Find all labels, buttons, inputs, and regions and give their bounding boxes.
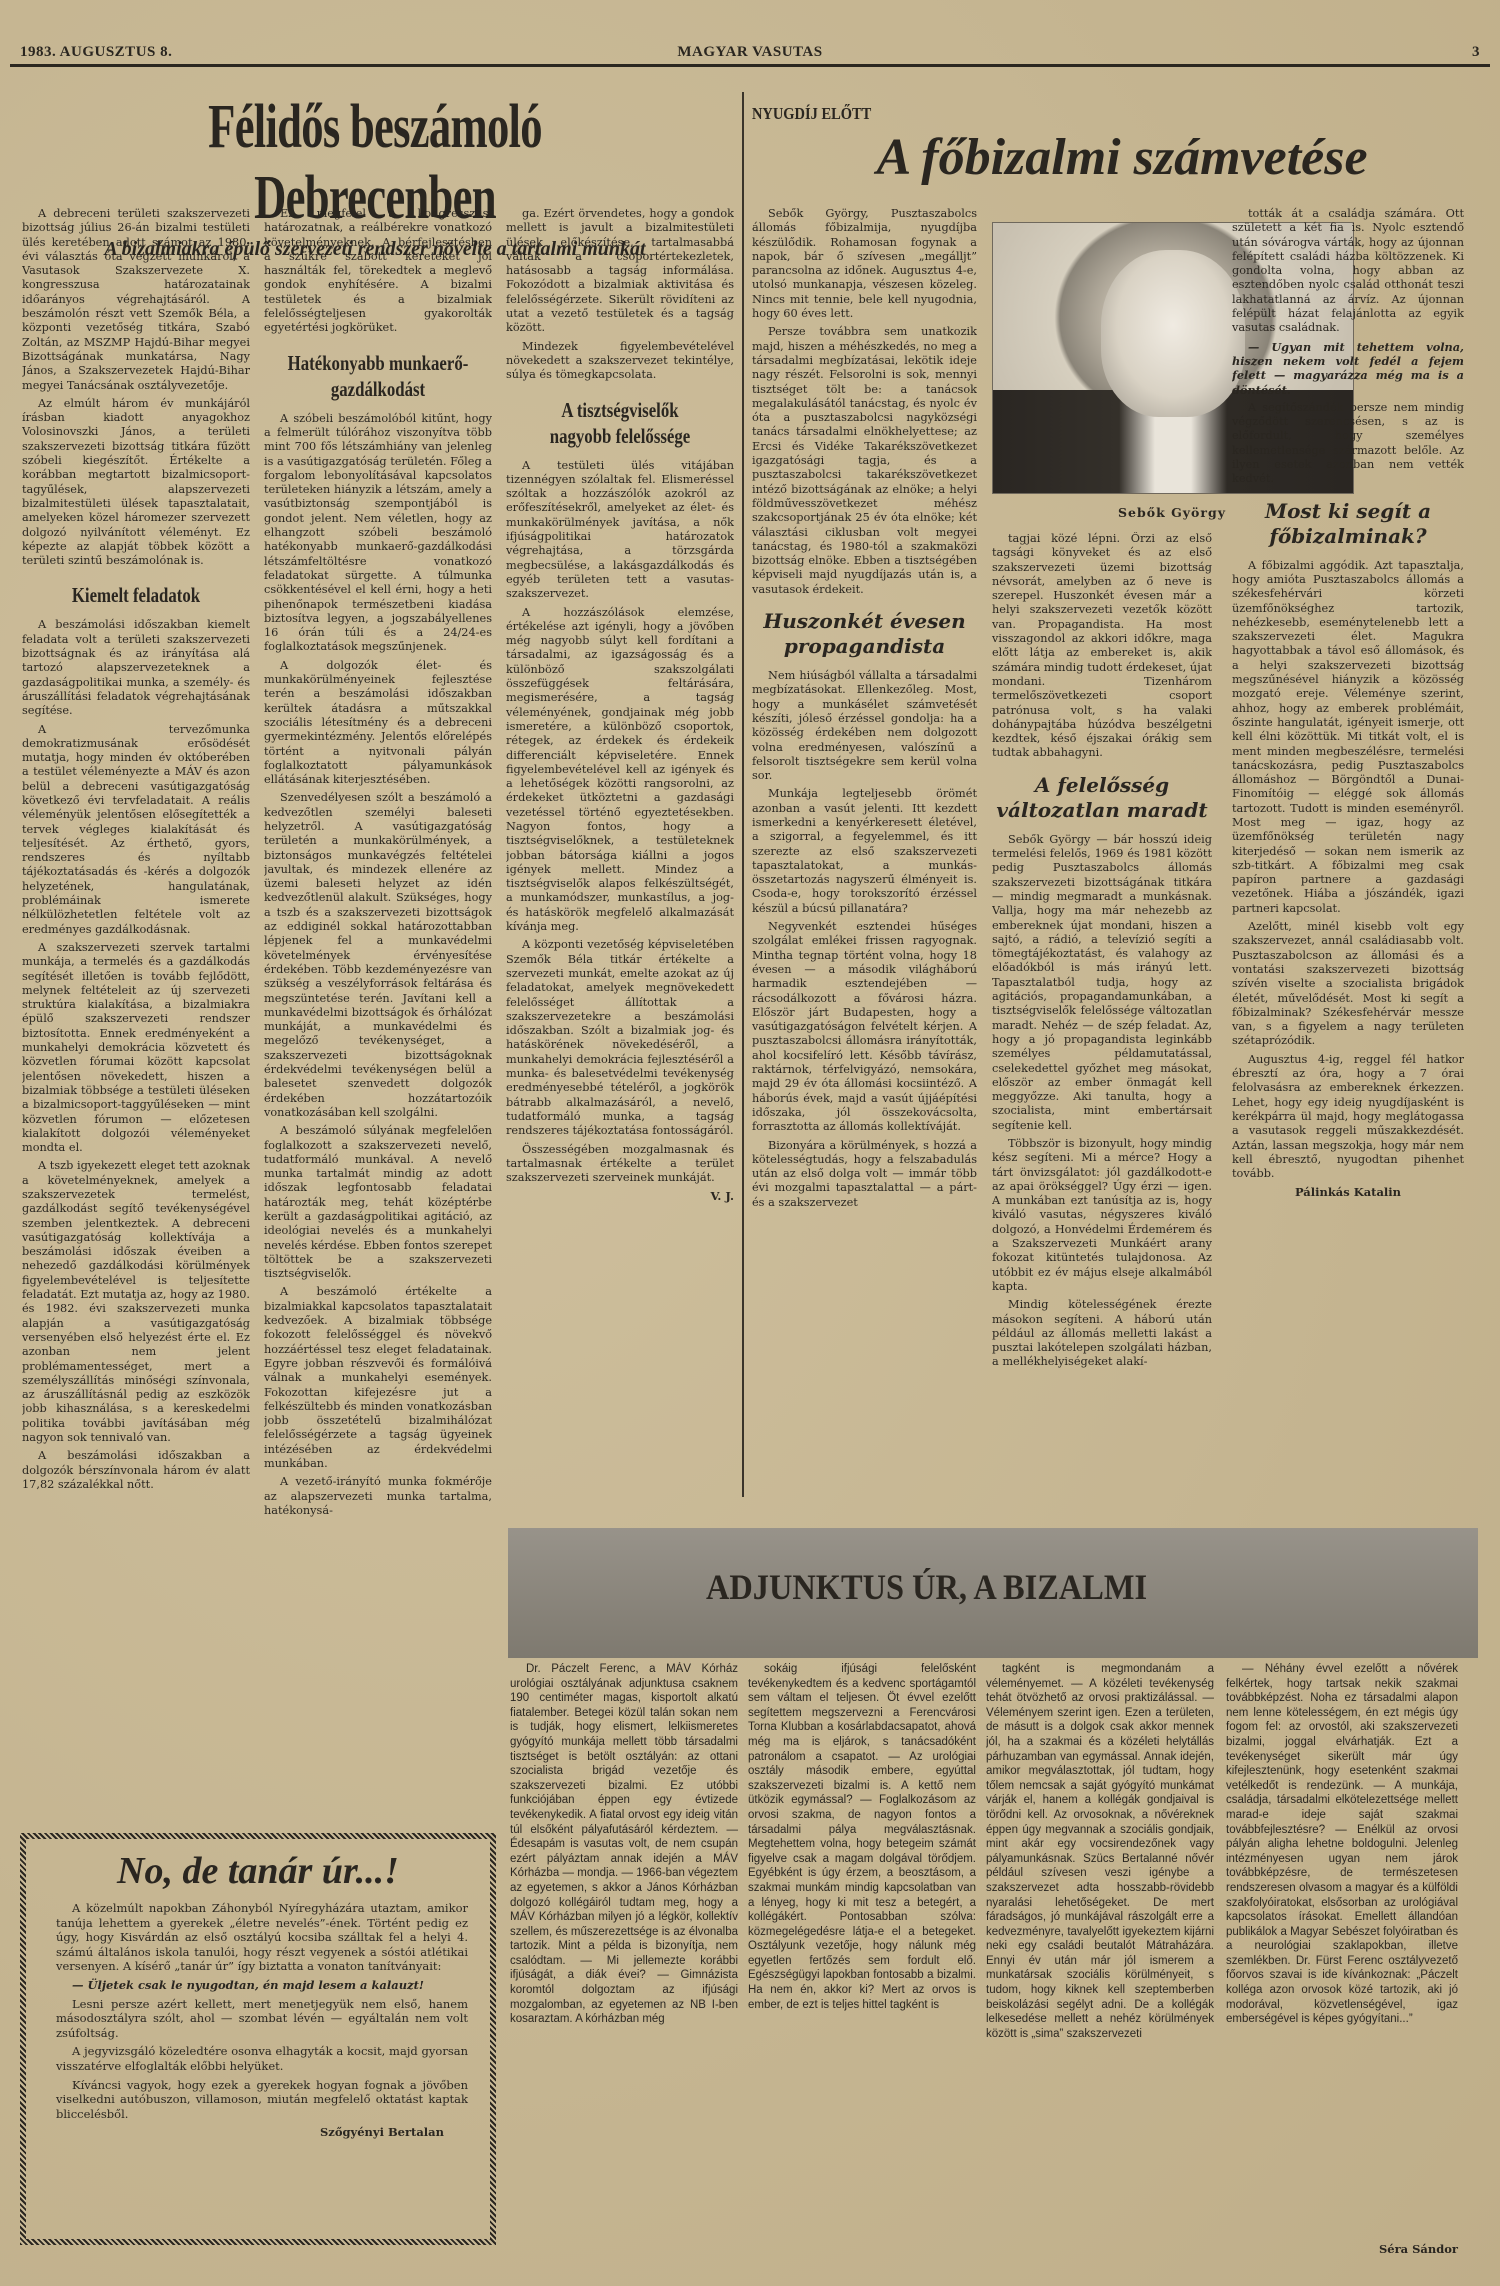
signature-palinkas: Pálinkás Katalin (1232, 1185, 1464, 1199)
paragraph: tagként is megmondanám a véleményemet. —… (986, 1662, 1214, 2041)
fobizalmi-title: A főbizalmi számvetése (752, 128, 1492, 187)
subhead-felelosseg: A felelősség változatlan maradt (992, 773, 1212, 823)
paragraph: A főbizalmi aggódik. Azt tapasztalja, ho… (1232, 559, 1464, 916)
fobizalmi-column-1: Sebők György, Pusztaszabolcs állomás főb… (752, 207, 977, 1497)
fobizalmi-column-2: tagjai közé lépni. Őrzi az első tagsági … (992, 532, 1212, 1497)
paragraph: A beszámoló súlyának megfelelően foglalk… (264, 1124, 492, 1281)
paragraph: A beszámolási időszakban a dolgozók bérs… (22, 1449, 250, 1492)
paragraph: Negyvenkét esztendei hűséges szolgálat e… (752, 920, 977, 1134)
tanar-ur-box: No, de tanár úr...! A közelmúlt napokban… (20, 1833, 496, 2245)
paragraph: Dr. Páczelt Ferenc, a MÁV Kórház urológi… (510, 1662, 738, 2027)
paper-name: MAGYAR VASUTAS (0, 44, 1500, 61)
fobizalmi-kicker: NYUGDÍJ ELŐTT (752, 104, 871, 124)
paragraph: A jegyvizsgáló közeledtére osonva elhagy… (56, 2044, 468, 2073)
signature-szogyenyi: Szőgyényi Bertalan (56, 2125, 444, 2140)
paragraph: A vezető-irányító munka fokmérője az ala… (264, 1475, 492, 1518)
page-number: 3 (1472, 44, 1480, 61)
paragraph: A központi vezetőség képviseletében Szem… (506, 938, 734, 1138)
paragraph: Kíváncsi vagyok, hogy ezek a gyerekek ho… (56, 2078, 468, 2122)
fobizalmi-column-3: tották át a családja számára. Ott szület… (1232, 207, 1464, 1497)
column-divider (742, 92, 744, 1497)
paragraph: A beszámolási időszakban kiemelt feladat… (22, 618, 250, 718)
paragraph: — Néhány évvel ezelőtt a nővérek felkért… (1226, 1662, 1458, 2027)
paragraph: Sebők György — bár hosszú ideig termelés… (992, 833, 1212, 1133)
paragraph: Ez megfelel a kongresszusi határozatnak,… (264, 207, 492, 336)
paragraph: Mindig kötelességének érezte másokon seg… (992, 1298, 1212, 1369)
paragraph: Azelőtt, minél kisebb volt egy szakszerv… (1232, 920, 1464, 1049)
subhead-huszonket: Huszonkét évesen propagandista (752, 609, 977, 659)
paragraph: A beszámoló értékelte a bizalmiakkal kap… (264, 1285, 492, 1471)
tanar-ur-title: No, de tanár úr...! (26, 1849, 490, 1893)
signature-sera: Séra Sándor (1226, 2242, 1458, 2256)
paragraph: sokáig ifjúsági felelősként tevékenykedt… (748, 1662, 976, 2012)
paragraph: ga. Ezért örvendetes, hogy a gondok mell… (506, 207, 734, 336)
paragraph: Augusztus 4-ig, reggel fél hatkor ébresz… (1232, 1053, 1464, 1182)
paragraph: A segítőszándék persze nem mindig végződ… (1232, 401, 1464, 487)
paragraph: Lesni persze azért kellett, mert menetje… (56, 1997, 468, 2041)
paragraph: Nem hiúságból vállalta a társadalmi megb… (752, 669, 977, 783)
debrecen-column-2: Ez megfelel a kongresszusi határozatnak,… (264, 207, 492, 1797)
debrecen-column-1: A debreceni területi szakszervezeti bizo… (22, 207, 250, 1797)
paragraph: A testületi ülés vitájában tizennégyen s… (506, 459, 734, 602)
paragraph: Sebők György, Pusztaszabolcs állomás főb… (752, 207, 977, 321)
paragraph: Munkája legteljesebb örömét azonban a va… (752, 787, 977, 916)
adjunktus-column-4: — Néhány évvel ezelőtt a nővérek felkért… (1226, 1662, 1458, 2252)
subhead-most-ki-segit: Most ki segít a főbizalminak? (1232, 499, 1464, 549)
adjunktus-column-3: tagként is megmondanám a véleményemet. —… (986, 1662, 1214, 2272)
quote-paragraph: — Üljetek csak le nyugodtan, én majd les… (56, 1978, 468, 1993)
paragraph: A közelmúlt napokban Záhonyból Nyíregyhá… (56, 1901, 468, 1974)
signature-vj: V. J. (506, 1189, 734, 1203)
paragraph: Összességében mozgalmasnak és tartalmasn… (506, 1143, 734, 1186)
paragraph: A tszb igyekezett eleget tett azoknak a … (22, 1159, 250, 1445)
subhead-kiemelt: Kiemelt feladatok (45, 582, 227, 608)
tanar-ur-body: A közelmúlt napokban Záhonyból Nyíregyhá… (26, 1893, 490, 2140)
paragraph: Mindezek figyelembevételével növekedett … (506, 340, 734, 383)
paragraph: A dolgozók élet- és munkakörülményeinek … (264, 659, 492, 788)
paragraph: Szenvedélyesen szólt a beszámoló a kedve… (264, 791, 492, 1120)
paragraph: tagjai közé lépni. Őrzi az első tagsági … (992, 532, 1212, 761)
quote-paragraph: — Ugyan mit tehettem volna, hiszen nekem… (1232, 340, 1464, 397)
paragraph: A hozzászólások elemzése, értékelése azt… (506, 606, 734, 935)
paragraph: Bizonyára a körülmények, s hozzá a kötel… (752, 1139, 977, 1210)
paragraph: A szóbeli beszámolóból kitűnt, hogy a fe… (264, 412, 492, 655)
subhead-hatekonyabb: Hatékonyabb munkaerő-gazdálkodást (287, 350, 469, 402)
adjunktus-column-2: sokáig ifjúsági felelősként tevékenykedt… (748, 1662, 976, 2272)
paragraph: Többször is bizonyult, hogy mindig kész … (992, 1137, 1212, 1294)
subhead-tisztsegviselok: A tisztségviselők nagyobb felelőssége (529, 397, 711, 449)
debrecen-column-3: ga. Ezért örvendetes, hogy a gondok mell… (506, 207, 734, 1497)
adjunktus-column-1: Dr. Páczelt Ferenc, a MÁV Kórház urológi… (510, 1662, 738, 2272)
paragraph: A debreceni területi szakszervezeti bizo… (22, 207, 250, 393)
paragraph: Az elmúlt három év munkájáról írásban ki… (22, 397, 250, 569)
paragraph: A szakszervezeti szervek tartalmi munkáj… (22, 941, 250, 1155)
masthead-rule (10, 64, 1490, 67)
paragraph: Persze továbbra sem unatkozik majd, hisz… (752, 325, 977, 597)
paragraph: tották át a családja számára. Ott szület… (1232, 207, 1464, 336)
adjunktus-title: ADJUNKTUS ÚR, A BIZALMI (706, 1566, 1147, 1608)
paragraph: A tervezőmunka demokratizmusának erősödé… (22, 723, 250, 937)
